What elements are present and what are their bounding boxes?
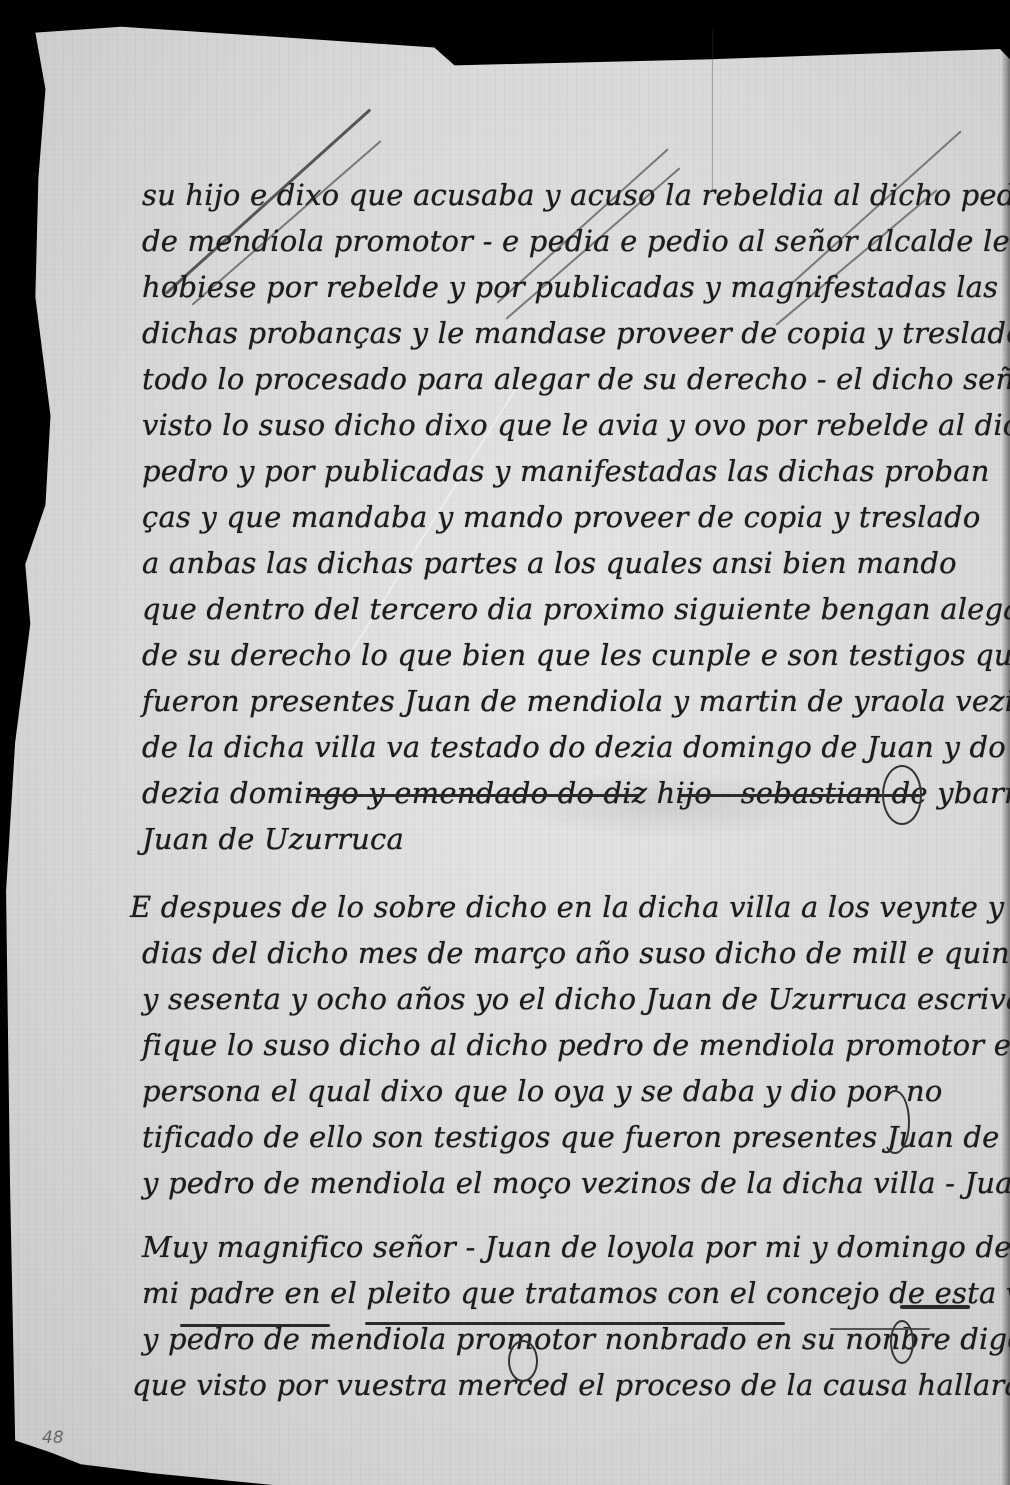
text-line: a anbas las dichas partes a los quales a… <box>142 546 957 580</box>
text-line: persona el qual dixo que lo oya y se dab… <box>142 1074 943 1108</box>
closing-rule <box>365 1322 785 1325</box>
text-line: visto lo suso dicho dixo que le avia y o… <box>142 408 1010 442</box>
text-line: dias del dicho mes de março año suso dic… <box>142 936 1010 970</box>
manuscript-page: su hijo e dixo que acusaba y acuso la re… <box>0 0 1010 1485</box>
folio-number: 48 <box>42 1428 64 1448</box>
text-line: de su derecho lo que bien que les cunple… <box>142 638 1010 672</box>
text-line: ças y que mandaba y mando proveer de cop… <box>142 500 981 534</box>
text-line: todo lo procesado para alegar de su dere… <box>142 362 1010 396</box>
text-line: fique lo suso dicho al dicho pedro de me… <box>142 1028 1010 1062</box>
rubric-flourish <box>508 1340 538 1382</box>
signature-flourish <box>882 765 922 825</box>
text-line: E despues de lo sobre dicho en la dicha … <box>130 890 1010 924</box>
text-line: que dentro del tercero dia proximo sigui… <box>142 592 1010 626</box>
signature-line: Juan de Uzurruca <box>142 822 404 856</box>
text-line: su hijo e dixo que acusaba y acuso la re… <box>142 178 1010 212</box>
signature-flourish <box>880 1090 910 1154</box>
text-line: pedro y por publicadas y manifestadas la… <box>142 454 990 488</box>
text-line: mi padre en el pleito que tratamos con e… <box>142 1276 1010 1310</box>
text-line: dichas probanças y le mandase proveer de… <box>142 316 1010 350</box>
rubric-flourish <box>890 1320 914 1364</box>
text-line: de la dicha villa va testado do dezia do… <box>142 730 1006 764</box>
text-line: Muy magnifico señor - Juan de loyola por… <box>142 1230 1010 1264</box>
text-line: que visto por vuestra merced el proceso … <box>132 1368 1010 1402</box>
closing-rule <box>830 1328 930 1330</box>
text-line: hobiese por rebelde y por publicadas y m… <box>142 270 998 304</box>
closing-rule <box>180 1324 330 1327</box>
fold-crease <box>712 30 713 190</box>
text-line: dezia domingo y emendado do diz hijo - s… <box>142 776 1010 810</box>
closing-dash <box>900 1305 970 1309</box>
signature-line: y pedro de mendiola el moço vezinos de l… <box>142 1166 1010 1200</box>
signature-rule <box>310 794 640 797</box>
text-line: fueron presentes Juan de mendiola y mart… <box>142 684 1010 718</box>
text-line: de mendiola promotor - e pedia e pedio a… <box>142 224 1010 258</box>
text-line: y sesenta y ocho años yo el dicho Juan d… <box>142 982 1010 1016</box>
